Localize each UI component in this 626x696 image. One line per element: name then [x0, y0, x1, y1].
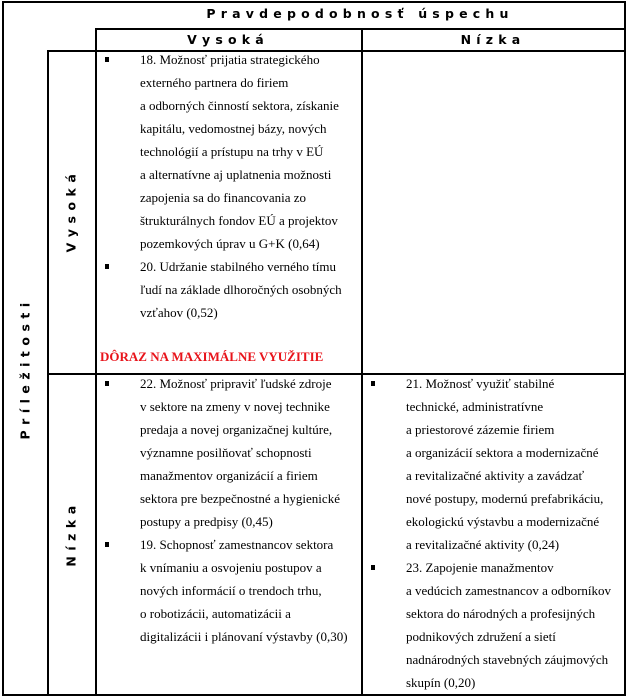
table-border-left: [2, 1, 4, 696]
list-item: 21. Možnosť využiť stabilné technické, a…: [362, 372, 624, 556]
square-bullet-icon: [105, 57, 109, 62]
table-border-top: [2, 1, 625, 3]
col-header-high: Vysoká: [95, 32, 361, 47]
header-divider: [95, 28, 625, 30]
cell-high-high: 18. Možnosť prijatia strategického exter…: [96, 48, 360, 324]
cell-low-high: 22. Možnosť pripraviť ľudské zdroje v se…: [96, 372, 360, 648]
list-item: 22. Možnosť pripraviť ľudské zdroje v se…: [96, 372, 360, 533]
cell-low-low: 21. Možnosť využiť stabilné technické, a…: [362, 372, 624, 694]
list-item: 18. Možnosť prijatia strategického exter…: [96, 48, 360, 255]
row-label-low: Nízka: [64, 474, 79, 594]
square-bullet-icon: [371, 565, 375, 570]
emphasis-label: DÔRAZ NA MAXIMÁLNE VYUŽITIE: [100, 349, 323, 365]
item-text: 23. Zapojenie manažmentov a vedúcich zam…: [406, 556, 624, 694]
list-item: 23. Zapojenie manažmentov a vedúcich zam…: [362, 556, 624, 694]
square-bullet-icon: [105, 264, 109, 269]
square-bullet-icon: [105, 381, 109, 386]
list-item: 19. Schopnosť zamestnancov sektora k vní…: [96, 533, 360, 648]
item-text: 20. Udržanie stabilného verného tímu ľud…: [140, 255, 360, 324]
col-header-low: Nízka: [361, 32, 625, 47]
row-label-high: Vysoká: [64, 151, 79, 271]
item-text: 18. Možnosť prijatia strategického exter…: [140, 48, 360, 255]
table-border-right: [624, 1, 626, 696]
square-bullet-icon: [105, 542, 109, 547]
group-label-divider: [47, 50, 49, 695]
list-item: 20. Udržanie stabilného verného tímu ľud…: [96, 255, 360, 324]
item-text: 21. Možnosť využiť stabilné technické, a…: [406, 372, 624, 556]
item-text: 19. Schopnosť zamestnancov sektora k vní…: [140, 533, 360, 648]
top-header: Pravdepodobnosť úspechu: [95, 6, 625, 21]
square-bullet-icon: [371, 381, 375, 386]
row-group-label: Príležitosti: [18, 310, 33, 440]
cell-high-low: [362, 51, 624, 372]
item-text: 22. Možnosť pripraviť ľudské zdroje v se…: [140, 372, 360, 533]
